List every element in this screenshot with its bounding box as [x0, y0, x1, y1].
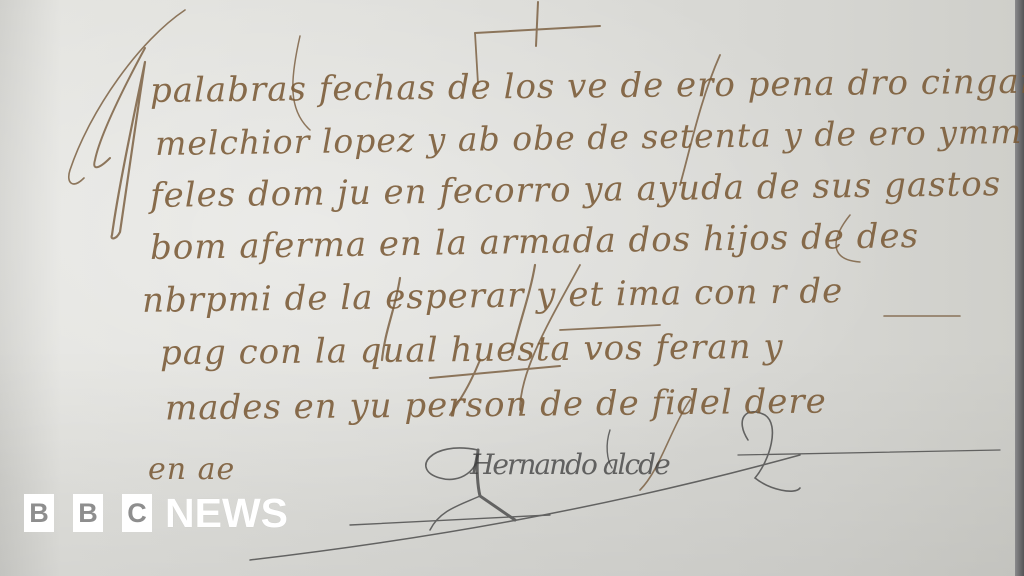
manuscript-line-8: en ae [148, 452, 235, 487]
manuscript-line-7: mades en yu person de de fidel dere [165, 382, 827, 429]
signature: Hernando alcde [470, 448, 669, 481]
bbc-news-logo: B B C NEWS [24, 494, 288, 532]
manuscript-photo: palabras fechas de los ve de ero pena dr… [0, 0, 1024, 576]
logo-block-b2: B [73, 494, 103, 532]
logo-block-b1: B [24, 494, 54, 532]
manuscript-line-6: pag con la qual huesta vos feran y [160, 327, 784, 374]
logo-block-c: C [122, 494, 152, 532]
logo-word-news: NEWS [165, 493, 288, 534]
